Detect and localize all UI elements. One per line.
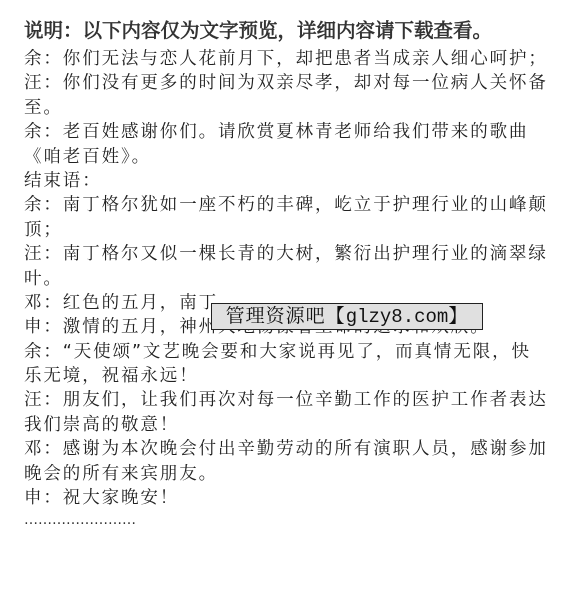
text-line: 邓：感谢为本次晚会付出辛勤劳动的所有演职人员，感谢参加 <box>24 437 544 461</box>
text-line: 至。 <box>24 96 544 120</box>
text-line: 余：“天使颂”文艺晚会要和大家说再见了，而真情无限，快 <box>24 340 544 364</box>
text-line: 余：你们无法与恋人花前月下，却把患者当成亲人细心呵护； <box>24 47 544 71</box>
preview-notice-heading: 说明：以下内容仅为文字预览，详细内容请下载查看。 <box>24 18 492 44</box>
text-line: 《咱老百姓》。 <box>24 145 544 169</box>
document-body: 余：你们无法与恋人花前月下，却把患者当成亲人细心呵护； 汪：你们没有更多的时间为… <box>24 47 544 535</box>
text-line: 汪：朋友们，让我们再次对每一位辛勤工作的医护工作者表达 <box>24 388 544 412</box>
text-line: 结束语： <box>24 169 544 193</box>
text-line: 顶； <box>24 218 544 242</box>
text-line: 我们崇高的敬意！ <box>24 413 544 437</box>
text-line: 晚会的所有来宾朋友。 <box>24 462 544 486</box>
text-line: 汪：你们没有更多的时间为双亲尽孝，却对每一位病人关怀备 <box>24 71 544 95</box>
text-line: 叶。 <box>24 267 544 291</box>
watermark-suffix: 】 <box>448 305 468 327</box>
text-line: 乐无境，祝福永远！ <box>24 364 544 388</box>
document-preview-page: 说明：以下内容仅为文字预览，详细内容请下载查看。 余：你们无法与恋人花前月下，却… <box>0 0 578 600</box>
watermark-banner: 管理资源吧【glzy8.com】 <box>211 303 483 330</box>
watermark-url: glzy8.com <box>346 306 449 328</box>
text-line: 汪：南丁格尔又似一棵长青的大树，繁衍出护理行业的滴翠绿 <box>24 242 544 266</box>
text-line: 申：祝大家晚安！ <box>24 486 544 510</box>
text-line: 余：老百姓感谢你们。请欣赏夏林青老师给我们带来的歌曲 <box>24 120 544 144</box>
text-line: 余：南丁格尔犹如一座不朽的丰碑，屹立于护理行业的山峰颠 <box>24 193 544 217</box>
watermark-label: 管理资源吧【 <box>226 305 346 327</box>
ellipsis-dots: …………………… <box>24 510 544 534</box>
